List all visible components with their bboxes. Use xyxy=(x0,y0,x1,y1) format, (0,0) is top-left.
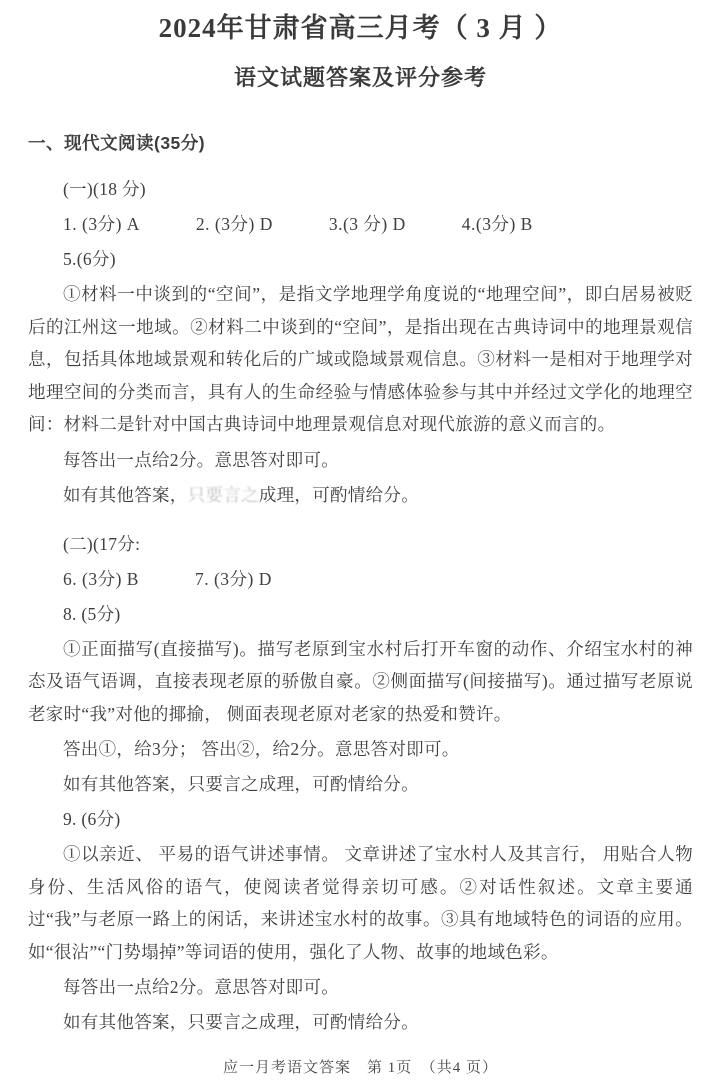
part1-heading: (一)(18 分) xyxy=(28,173,693,205)
q5-scoring-note: 每答出一点给2分。意思答对即可。 xyxy=(28,444,693,476)
page-footer: 应一月考语文答案 第 1页 （共4 页） xyxy=(0,1056,721,1077)
q5-alt-answer-note: 如有其他答案，只要言之成理，可酌情给分。 xyxy=(28,479,693,511)
section-heading-modern-reading: 一、现代文阅读(35分) xyxy=(28,130,693,156)
mc-answer-q1: 1. (3分) A xyxy=(63,208,140,240)
q8-scoring-note: 答出①，给3分； 答出②，给2分。意思答对即可。 xyxy=(28,733,693,765)
q8-label: 8. (5分) xyxy=(28,598,693,630)
part2-heading: (二)(17分: xyxy=(28,528,693,560)
q5-answer: ①材料一中谈到的“空间”，是指文学地理学角度说的“地理空间”，即白居易被贬后的江… xyxy=(28,278,693,441)
q5-label: 5.(6分) xyxy=(28,243,693,275)
q9-scoring-note: 每答出一点给2分。意思答对即可。 xyxy=(28,971,693,1003)
q8-alt-answer-note: 如有其他答案，只要言之成理，可酌情给分。 xyxy=(28,768,693,800)
mc-answer-q3: 3.(3 分) D xyxy=(329,208,406,240)
smudged-scan-text: 只要言之 xyxy=(188,485,259,505)
q9-label: 9. (6分) xyxy=(28,803,693,835)
mc-answers-row-1: 1. (3分) A 2. (3分) D 3.(3 分) D 4.(3分) B xyxy=(28,208,693,240)
mc-answer-q7: 7. (3分) D xyxy=(195,563,272,595)
mc-answers-row-2: 6. (3分) B 7. (3分) D xyxy=(28,563,693,595)
q8-answer: ①正面描写(直接描写)。描写老原到宝水村后打开车窗的动作、介绍宝水村的神态及语气… xyxy=(28,633,693,731)
mc-answer-q6: 6. (3分) B xyxy=(63,563,139,595)
answer-sheet-page: 2024年甘肃省高三月考（ 3 月 ） 语文试题答案及评分参考 一、现代文阅读(… xyxy=(0,0,721,1091)
note-text-prefix: 如有其他答案， xyxy=(63,485,188,505)
mc-answer-q4: 4.(3分) B xyxy=(462,208,533,240)
doc-subtitle: 语文试题答案及评分参考 xyxy=(28,62,693,94)
q9-answer: ①以亲近、 平易的语气讲述事情。 文章讲述了宝水村人及其言行， 用贴合人物身份、… xyxy=(28,838,693,968)
note-text-suffix: 成理，可酌情给分。 xyxy=(259,485,419,505)
doc-title: 2024年甘肃省高三月考（ 3 月 ） xyxy=(28,8,693,48)
q9-alt-answer-note: 如有其他答案，只要言之成理，可酌情给分。 xyxy=(28,1006,693,1038)
mc-answer-q2: 2. (3分) D xyxy=(196,208,273,240)
